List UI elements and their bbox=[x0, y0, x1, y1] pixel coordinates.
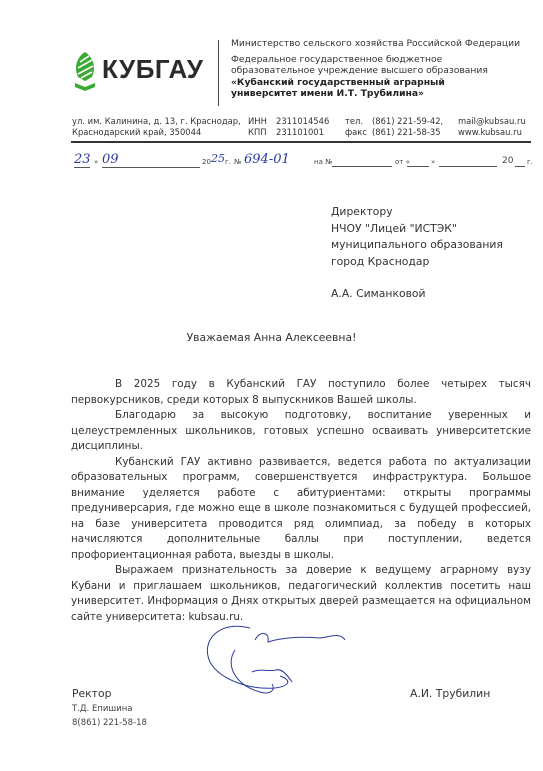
body-paragraph: Кубанский ГАУ активно развивается, ведет… bbox=[71, 455, 531, 564]
year2-field bbox=[515, 158, 525, 167]
from-month-field bbox=[439, 158, 497, 167]
org-name-line: университет имени И.Т. Трубилина» bbox=[231, 88, 520, 100]
org-line: Федеральное государственное бюджетное bbox=[231, 54, 520, 66]
header-divider bbox=[218, 40, 219, 106]
tax-ids: ИНН2311014546 КПП231101001 bbox=[248, 116, 329, 137]
greeting: Уважаемая Анна Алексеевна! bbox=[0, 331, 543, 344]
reg-day: 23 bbox=[74, 152, 90, 168]
phones: тел.(861) 221-59-42, факс(861) 221-58-35 bbox=[345, 116, 443, 137]
reg-number-label: № bbox=[234, 158, 241, 166]
organization-block: Министерство сельского хозяйства Российс… bbox=[231, 38, 520, 100]
logo-text: КУБГАУ bbox=[102, 54, 203, 85]
reg-year-label: г. bbox=[225, 158, 231, 166]
dot: » bbox=[94, 158, 98, 166]
addressee-name: А.А. Симанковой bbox=[331, 286, 503, 303]
executor-block: Т.Д. Епишина 8(861) 221-58-18 bbox=[72, 702, 147, 730]
body-paragraph: Благодарю за высокую подготовку, воспита… bbox=[71, 408, 531, 455]
kpp-value: 231101001 bbox=[276, 127, 324, 137]
reg-number: 694-01 bbox=[244, 152, 290, 167]
university-logo: КУБГАУ bbox=[72, 50, 212, 94]
header-rule bbox=[71, 141, 531, 143]
addressee-line: город Краснодар bbox=[331, 254, 503, 271]
addressee-line: Директору bbox=[331, 204, 503, 221]
from-day-field bbox=[407, 158, 429, 167]
year2-prefix: 20 bbox=[502, 156, 513, 166]
sprout-icon bbox=[72, 50, 98, 92]
registration-line: 23 » 09 20 25 г. № 694-01 на № от « » 20… bbox=[62, 152, 532, 172]
address-line: ул. им. Калинина, д. 13, г. Краснодар, bbox=[72, 116, 241, 127]
reply-label: на № bbox=[314, 158, 332, 166]
addressee-line: НЧОУ "Лицей "ИСТЭК" bbox=[331, 221, 503, 238]
fax-value: (861) 221-58-35 bbox=[372, 127, 441, 137]
web-contacts: mail@kubsau.ru www.kubsau.ru bbox=[458, 116, 526, 137]
addressee-line: муниципального образования bbox=[331, 237, 503, 254]
reg-month: 09 bbox=[102, 152, 200, 168]
inn-value: 2311014546 bbox=[276, 116, 329, 126]
signature-icon bbox=[180, 610, 370, 700]
email-link[interactable]: mail@kubsau.ru bbox=[458, 116, 526, 127]
handwritten-signature bbox=[180, 610, 370, 700]
letter-body: В 2025 году в Кубанский ГАУ поступило бо… bbox=[71, 377, 531, 625]
executor-phone: 8(861) 221-58-18 bbox=[72, 716, 147, 730]
kpp-label: КПП bbox=[248, 127, 276, 138]
reply-number-field bbox=[332, 158, 392, 167]
org-name-line: «Кубанский государственный аграрный bbox=[231, 77, 520, 89]
fax-label: факс bbox=[345, 127, 372, 138]
body-paragraph: В 2025 году в Кубанский ГАУ поступило бо… bbox=[71, 377, 531, 408]
signatory-position: Ректор bbox=[72, 687, 111, 700]
inn-label: ИНН bbox=[248, 116, 276, 127]
from-close: » bbox=[431, 158, 435, 166]
org-line: образовательное учреждение высшего образ… bbox=[231, 65, 520, 77]
tel-value: (861) 221-59-42, bbox=[372, 116, 443, 126]
signatory-name: А.И. Трубилин bbox=[410, 687, 490, 700]
executor-name: Т.Д. Епишина bbox=[72, 702, 147, 716]
ministry: Министерство сельского хозяйства Российс… bbox=[231, 38, 520, 50]
website-link[interactable]: www.kubsau.ru bbox=[458, 127, 526, 138]
address-line: Краснодарский край, 350044 bbox=[72, 127, 241, 138]
tel-label: тел. bbox=[345, 116, 372, 127]
year2-label: г. bbox=[527, 158, 533, 166]
addressee-block: Директору НЧОУ "Лицей "ИСТЭК" муниципаль… bbox=[331, 204, 503, 303]
address: ул. им. Калинина, д. 13, г. Краснодар, К… bbox=[72, 116, 241, 137]
reg-year-prefix: 20 bbox=[202, 158, 211, 166]
reg-year-suffix: 25 bbox=[211, 152, 225, 165]
